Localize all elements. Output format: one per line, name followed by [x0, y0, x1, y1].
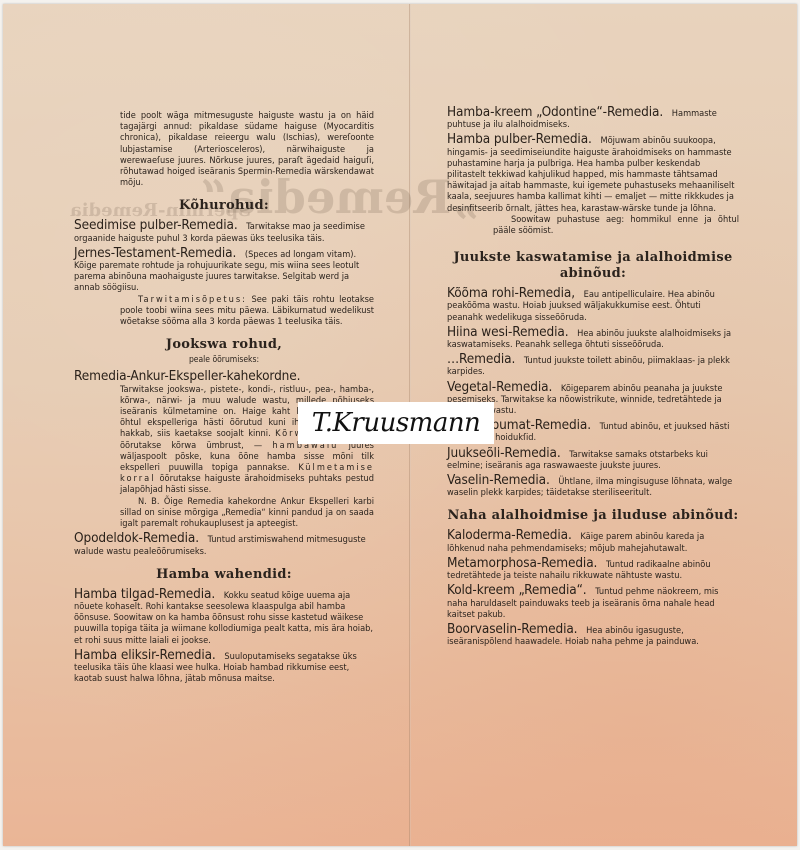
product-entry: Juukseõli-Remedia. Tarwitakse samaks ots…	[447, 448, 739, 471]
section-heading: Naha alalhoidmise ja iluduse abinõud:	[447, 508, 739, 524]
product-title: Opodeldok-Remedia.	[74, 530, 199, 546]
product-title: Hamba-kreem „Odontine“-Remedia.	[447, 104, 663, 120]
product-title: Vaselin-Remedia.	[447, 472, 550, 488]
product-entry: Hiina wesi-Remedia. Hea abinõu juukste a…	[447, 327, 739, 350]
product-title: Hiina wesi-Remedia.	[447, 324, 568, 340]
section-hamba-wahendid: Hamba wahendid: Hamba tilgad-Remedia. Ko…	[74, 567, 374, 685]
product-entry: Remedia-Ankur-Ekspeller-kahekordne. Tarw…	[74, 371, 374, 529]
section-jookswa-rohud: Jookswa rohud, peale õõrumiseks: Remedia…	[74, 337, 374, 556]
product-entry: Seedimise pulber-Remedia. Tarwitakse mao…	[74, 220, 374, 243]
product-title: Hamba pulber-Remedia.	[447, 131, 592, 147]
right-column: Hamba-kreem „Odontine“-Remedia. Hammaste…	[447, 107, 739, 651]
owner-watermark: T.Kruusmann	[298, 402, 494, 444]
product-title: Remedia-Ankur-Ekspeller-kahekordne.	[74, 368, 300, 384]
product-entry: Vaselin-Remedia. Ühtlane, ilma mingisugu…	[447, 475, 739, 498]
product-title: Boorvaselin-Remedia.	[447, 621, 577, 637]
product-entry: Hamba pulber-Remedia. Mõjuwam abinõu suu…	[447, 134, 739, 236]
usage-recommendation: Soowitaw puhastuse aeg: hommikul enne ja…	[447, 214, 739, 236]
usage-instructions: Tarwitamisõpetus: See paki täis rohtu le…	[74, 294, 374, 328]
section-heading: Juukste kaswatamise ja alalhoidmise abin…	[447, 250, 739, 282]
product-entry: Metamorphosa-Remedia. Tuntud radikaalne …	[447, 558, 739, 581]
section-naha: Naha alalhoidmise ja iluduse abinõud: Ka…	[447, 508, 739, 647]
section-hamba-continued: Hamba-kreem „Odontine“-Remedia. Hammaste…	[447, 107, 739, 236]
product-entry: Hamba eliksir-Remedia. Suuloputamiseks s…	[74, 650, 374, 685]
section-juukste: Juukste kaswatamise ja alalhoidmise abin…	[447, 250, 739, 498]
product-entry: Hamba tilgad-Remedia. Kokku seatud kõige…	[74, 589, 374, 646]
product-title: Hamba tilgad-Remedia.	[74, 586, 215, 602]
product-title: Vegetal-Remedia.	[447, 379, 552, 395]
section-heading: Jookswa rohud,	[74, 337, 374, 353]
product-entry: …Remedia. Tuntud juukste toilett abinõu,…	[447, 354, 739, 377]
product-title: Kõõma rohi-Remedia,	[447, 285, 575, 301]
product-title: Metamorphosa-Remedia.	[447, 555, 597, 571]
product-entry: Kõõma rohi-Remedia, Eau antipelliculaire…	[447, 288, 739, 323]
product-entry: Kold-kreem „Remedia“. Tuntud pehme näokr…	[447, 585, 739, 620]
product-title: …Remedia.	[447, 351, 515, 367]
left-column: tide poolt wäga mitmesuguste haiguste wa…	[74, 110, 374, 688]
product-entry: Boorvaselin-Remedia. Hea abinõu igasugus…	[447, 624, 739, 647]
product-entry: Hamba-kreem „Odontine“-Remedia. Hammaste…	[447, 107, 739, 130]
section-subheading: peale õõrumiseks:	[74, 355, 374, 366]
product-entry: Kaloderma-Remedia. Käige parem abinõu ka…	[447, 530, 739, 553]
product-description: Mõjuwam abinõu suukoopa, hingamis- ja se…	[447, 135, 734, 213]
product-title: Hamba eliksir-Remedia.	[74, 647, 216, 663]
note-text: õõrutakse haiguste ärahoidmiseks puhtaks…	[120, 473, 374, 495]
product-entry: Jernes-Testament-Remedia. (Speces ad lon…	[74, 248, 374, 327]
intro-paragraph: tide poolt wäga mitmesuguste haiguste wa…	[74, 110, 374, 188]
product-entry: Opodeldok-Remedia. Tuntud arstimiswahend…	[74, 533, 374, 556]
product-title: Kold-kreem „Remedia“.	[447, 582, 587, 598]
product-title: Jernes-Testament-Remedia.	[74, 245, 236, 261]
usage-label: Tarwitamisõpetus:	[138, 294, 247, 305]
product-title: Kaloderma-Remedia.	[447, 527, 572, 543]
product-title: Seedimise pulber-Remedia.	[74, 217, 238, 233]
product-title: Juukseõli-Remedia.	[447, 445, 561, 461]
section-kohurohud: Kõhurohud: Seedimise pulber-Remedia. Tar…	[74, 198, 374, 327]
section-heading: Hamba wahendid:	[74, 567, 374, 583]
nota-bene: N. B. Õige Remedia kahekordne Ankur Eksp…	[74, 496, 374, 530]
section-heading: Kõhurohud:	[74, 198, 374, 214]
